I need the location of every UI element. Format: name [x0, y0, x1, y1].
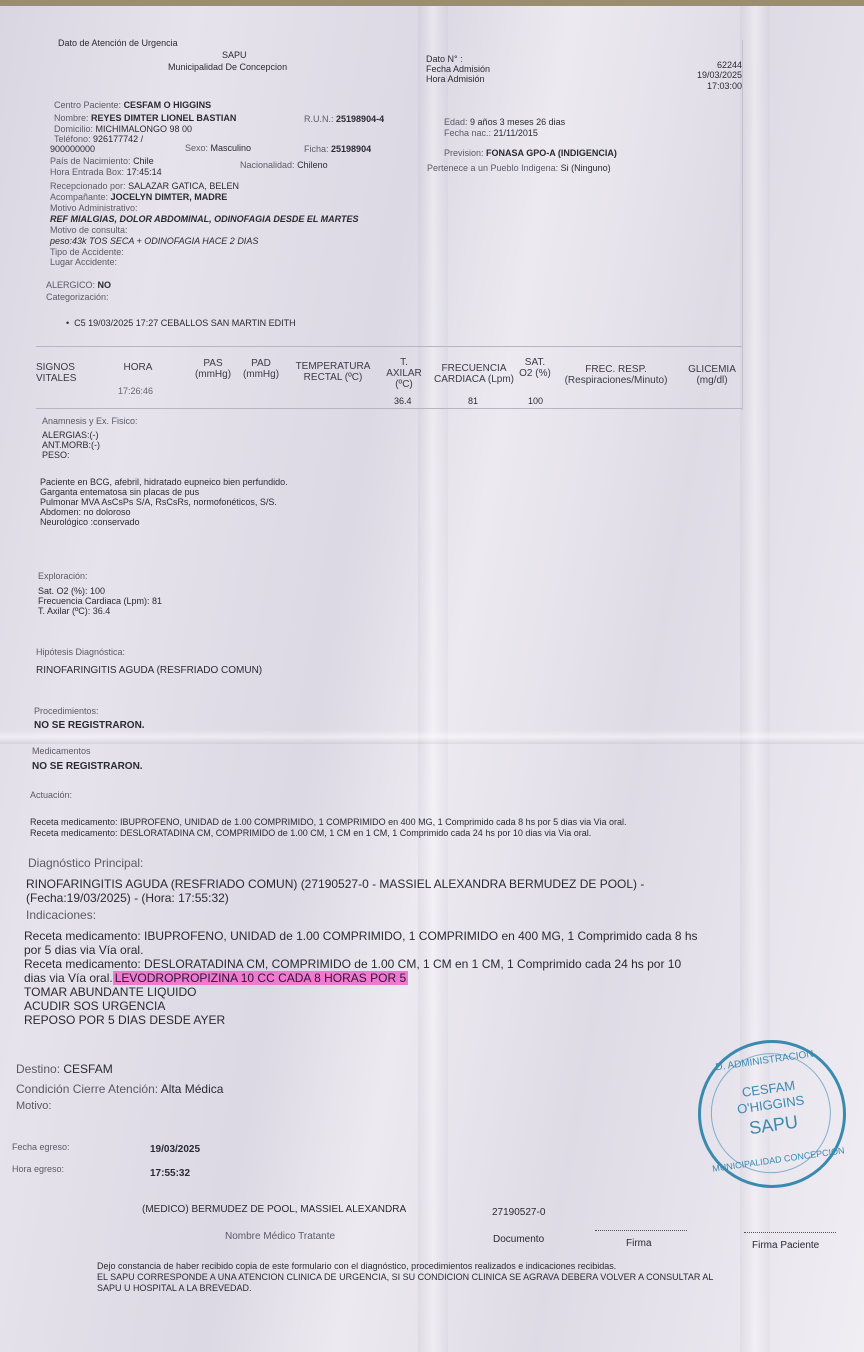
hipotesis-value: RINOFARINGITIS AGUDA (RESFRIADO COMUN)	[36, 665, 262, 676]
motivo-consulta-label: Motivo de consulta:	[50, 225, 128, 235]
divider	[742, 40, 743, 410]
anamnesis-lines: ALERGIAS:(-) ANT.MORB:(-) PESO:	[42, 430, 100, 460]
telefono2: 900000000	[50, 144, 95, 154]
centro-row: Centro Paciente: CESFAM O HIGGINS	[54, 100, 211, 110]
medicamentos-value: NO SE REGISTRARON.	[32, 761, 143, 772]
domicilio-row: Domicilio: MICHIMALONGO 98 00	[54, 124, 192, 134]
nombre-value: REYES DIMTER LIONEL BASTIAN	[91, 113, 236, 123]
motivo-admin-value: REF MIALGIAS, DOLOR ABDOMINAL, ODINOFAGI…	[50, 214, 359, 224]
exploracion-lines: Sat. O2 (%): 100 Frecuencia Cardiaca (Lp…	[38, 586, 162, 616]
medico-name: (MEDICO) BERMUDEZ DE POOL, MASSIEL ALEXA…	[142, 1204, 406, 1215]
vitals-sat-o2: 100	[528, 396, 543, 406]
diagnostico-label: Diagnóstico Principal:	[28, 856, 143, 870]
categorizacion-value: • C5 19/03/2025 17:27 CEBALLOS SAN MARTI…	[66, 318, 296, 328]
destino-row: Destino: CESFAM	[16, 1062, 113, 1076]
org-name: SAPU	[222, 50, 247, 60]
motivo-label: Motivo:	[16, 1100, 51, 1112]
pueblo-row: Pertenece a un Pueblo Indigena: Si (Ning…	[427, 163, 611, 173]
condicion-row: Condición Cierre Atención: Alta Médica	[16, 1082, 223, 1096]
procedimientos-value: NO SE REGISTRARON.	[34, 720, 145, 731]
fecha-egreso-label: Fecha egreso:	[12, 1142, 70, 1152]
edad-row: Edad: 9 años 3 meses 26 dias	[444, 117, 565, 127]
tipo-accidente-label: Tipo de Accidente:	[50, 247, 124, 257]
run-value: 25198904-4	[336, 114, 384, 124]
medicamentos-label: Medicamentos	[32, 746, 91, 756]
fecha-nac-row: Fecha nac.: 21/11/2015	[444, 128, 538, 138]
run-row: R.U.N.: 25198904-4	[304, 114, 384, 124]
actuacion-lines: Receta medicamento: IBUPROFENO, UNIDAD d…	[30, 817, 627, 839]
vitals-header: TEMPERATURA RECTAL (ºC)	[286, 361, 380, 383]
actuacion-label: Actuación:	[30, 790, 72, 800]
dato-no-label: Dato N° :	[426, 54, 463, 64]
vitals-hora: 17:26:46	[118, 386, 153, 396]
medico-label: Nombre Médico Tratante	[225, 1231, 335, 1242]
diagnostico-line1: RINOFARINGITIS AGUDA (RESFRIADO COMUN) (…	[26, 877, 644, 891]
indicaciones-block: Receta medicamento: IBUPROFENO, UNIDAD d…	[24, 929, 698, 1027]
procedimientos-label: Procedimientos:	[34, 706, 99, 716]
alergico-row: ALERGICO: NO	[46, 280, 111, 290]
divider	[36, 346, 742, 347]
motivo-admin-label: Motivo Administrativo:	[50, 203, 138, 213]
fecha-admision: 19/03/2025	[697, 70, 742, 80]
signature-line	[595, 1230, 687, 1231]
ficha-row: Ficha: 25198904	[304, 144, 371, 154]
vitals-header: SIGNOS VITALES	[36, 362, 96, 384]
paper-fold	[418, 6, 448, 1352]
vitals-header: HORA	[108, 362, 168, 373]
vitals-header: SAT. O2 (%)	[518, 357, 552, 379]
anamnesis-label: Anamnesis y Ex. Fisico:	[42, 416, 138, 426]
hora-egreso-label: Hora egreso:	[12, 1164, 64, 1174]
firma-label: Firma	[626, 1238, 652, 1249]
documento-value: 27190527-0	[492, 1207, 545, 1218]
footer-disclaimer: Dejo constancia de haber recibido copia …	[97, 1261, 713, 1294]
divider	[36, 408, 742, 409]
paper-fold	[0, 730, 864, 744]
exam-findings: Paciente en BCG, afebril, hidratado eupn…	[40, 477, 288, 527]
vitals-frecuencia: 81	[468, 396, 478, 406]
indicaciones-label: Indicaciones:	[26, 908, 96, 922]
hipotesis-label: Hipótesis Diagnóstica:	[36, 647, 125, 657]
motivo-consulta-value: peso:43k TOS SECA + ODINOFAGIA HACE 2 DI…	[50, 236, 258, 246]
fecha-egreso: 19/03/2025	[150, 1144, 200, 1155]
telefono-row: Teléfono: 926177742 /	[54, 134, 143, 144]
vitals-header: PAD (mmHg)	[238, 358, 284, 380]
prevision-row: Prevision: FONASA GPO-A (INDIGENCIA)	[444, 148, 617, 158]
municipality: Municipalidad De Concepcion	[168, 62, 287, 72]
exploracion-label: Exploración:	[38, 571, 88, 581]
lugar-accidente-label: Lugar Accidente:	[50, 257, 117, 267]
nacionalidad-row: Nacionalidad: Chileno	[240, 160, 328, 170]
vitals-header: GLICEMIA (mg/dl)	[680, 364, 744, 386]
vitals-header: PAS (mmHg)	[190, 358, 236, 380]
diagnostico-line2: (Fecha:19/03/2025) - (Hora: 17:55:32)	[26, 891, 229, 905]
hora-egreso: 17:55:32	[150, 1168, 190, 1179]
signature-line	[744, 1232, 836, 1233]
hora-admision: 17:03:00	[707, 81, 742, 91]
hora-box-row: Hora Entrada Box: 17:45:14	[50, 167, 162, 177]
sexo-row: Sexo: Masculino	[185, 143, 251, 153]
categorizacion-label: Categorización:	[46, 292, 109, 302]
pais-row: País de Nacimiento: Chile	[50, 156, 154, 166]
nombre-row: Nombre: REYES DIMTER LIONEL BASTIAN	[54, 113, 236, 123]
firma-paciente-label: Firma Paciente	[752, 1240, 819, 1251]
centro-value: CESFAM O HIGGINS	[124, 100, 212, 110]
highlighted-instruction: LEVODROPROPIZINA 10 CC CADA 8 HORAS POR …	[113, 971, 408, 985]
acompanante-row: Acompañante: JOCELYN DIMTER, MADRE	[50, 192, 227, 202]
documento-label: Documento	[493, 1234, 544, 1245]
recepcionado-row: Recepcionado por: SALAZAR GATICA, BELEN	[50, 181, 239, 191]
vitals-t-axilar: 36.4	[394, 396, 412, 406]
fecha-admision-label: Fecha Admisión	[426, 64, 490, 74]
form-title: Dato de Atención de Urgencia	[58, 38, 178, 48]
dato-no: 62244	[717, 60, 742, 70]
hora-admision-label: Hora Admisión	[426, 74, 485, 84]
vitals-header: FREC. RESP. (Respiraciones/Minuto)	[556, 364, 676, 386]
vitals-header: FRECUENCIA CARDIACA (Lpm)	[428, 363, 520, 385]
vitals-header: T. AXILAR (ºC)	[382, 357, 426, 390]
